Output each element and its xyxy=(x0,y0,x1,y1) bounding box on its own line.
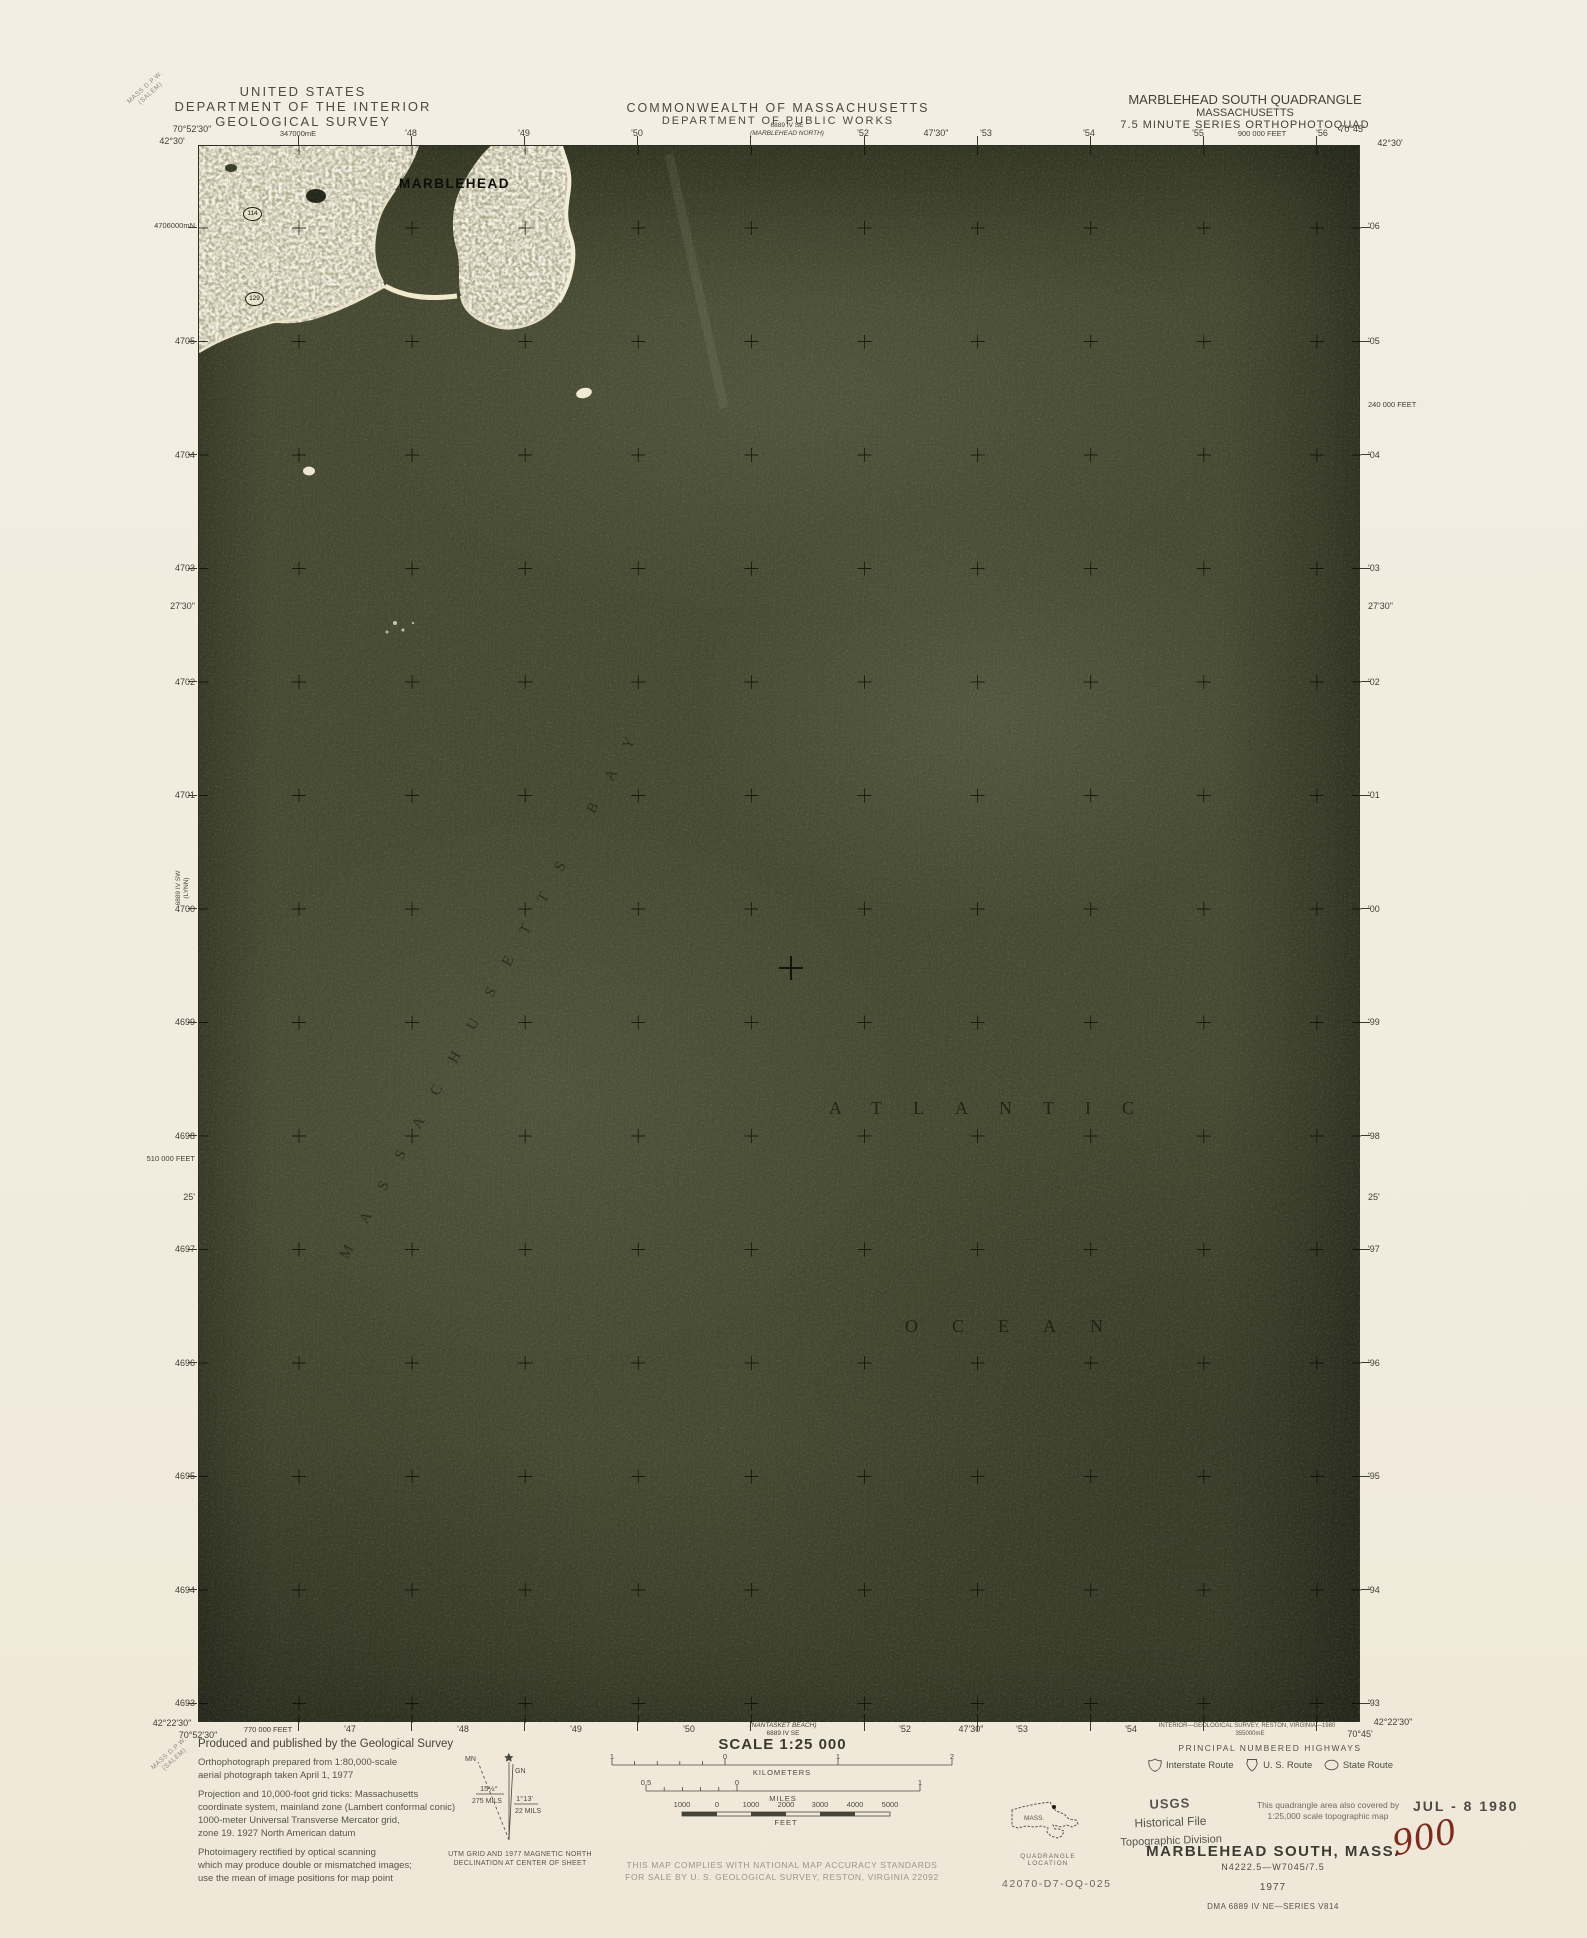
state-route-label: State Route xyxy=(1343,1760,1393,1771)
scale-bar-label: 1 xyxy=(610,1752,614,1761)
quad-location-dot xyxy=(1052,1805,1056,1809)
grid-tick xyxy=(188,795,197,796)
scale-bar-label: 1 xyxy=(918,1778,922,1787)
grid-tick xyxy=(750,136,751,145)
grid-tick xyxy=(188,908,197,909)
grid-edge-label: '54 xyxy=(1125,1724,1137,1734)
svg-text:1°13': 1°13' xyxy=(516,1794,534,1803)
scale-bar-label: 1000 xyxy=(743,1800,760,1809)
grid-tick xyxy=(1090,1722,1091,1731)
grid-tick xyxy=(1316,136,1317,145)
accuracy-note-1: THIS MAP COMPLIES WITH NATIONAL MAP ACCU… xyxy=(582,1860,982,1870)
grid-tick xyxy=(188,1476,197,1477)
grid-edge-label: '49 xyxy=(570,1724,582,1734)
grid-edge-label: 27'30" xyxy=(170,601,195,611)
grid-edge-label: '53 xyxy=(1016,1724,1028,1734)
grid-edge-label: (NANTASKET BEACH) xyxy=(749,1722,816,1729)
grid-tick xyxy=(637,136,638,145)
grid-tick xyxy=(298,1722,299,1731)
highways-legend: Interstate Route U. S. Route State Route xyxy=(1148,1758,1393,1772)
city-label: MARBLEHEAD xyxy=(399,176,510,191)
grid-edge-label: 355000mE xyxy=(1235,1731,1264,1737)
header-quadrangle: MARBLEHEAD SOUTH QUADRANGLE MASSACHUSETT… xyxy=(1045,92,1445,131)
grid-edge-label: '56 xyxy=(1316,128,1328,138)
highways-title: PRINCIPAL NUMBERED HIGHWAYS xyxy=(1155,1743,1385,1753)
grid-tick xyxy=(1361,1249,1370,1250)
svg-text:15½°: 15½° xyxy=(480,1784,498,1793)
grid-tick xyxy=(977,136,978,145)
grid-edge-label: '52 xyxy=(899,1724,911,1734)
grid-edge-label: 4704 xyxy=(175,450,195,460)
grid-edge-label: '50 xyxy=(683,1724,695,1734)
orthophoto-map: MARBLEHEAD MASSACHUSETTS BAY ATLANTIC OC… xyxy=(198,145,1360,1722)
sheet-coordinates: N4222.5—W7045/7.5 xyxy=(1128,1862,1418,1872)
covered-note: This quadrangle area also covered by 1:2… xyxy=(1248,1800,1408,1822)
sheet-title-block: MARBLEHEAD SOUTH, MASS. N4222.5—W7045/7.… xyxy=(1128,1843,1418,1911)
grid-edge-label: '00 xyxy=(1368,904,1380,914)
grid-tick xyxy=(1361,1476,1370,1477)
accuracy-note-2: FOR SALE BY U. S. GEOLOGICAL SURVEY, RES… xyxy=(582,1872,982,1882)
grid-edge-label: 6889 IV SE xyxy=(771,122,804,129)
declination-caption-1: UTM GRID AND 1977 MAGNETIC NORTH xyxy=(440,1850,600,1859)
declination-caption: UTM GRID AND 1977 MAGNETIC NORTH DECLINA… xyxy=(440,1850,600,1868)
grid-tick xyxy=(188,454,197,455)
grid-tick xyxy=(1090,136,1091,145)
route-badge-114: 114 xyxy=(243,207,262,221)
grid-edge-label: 900 000 FEET xyxy=(1238,129,1286,138)
grid-edge-label: 25' xyxy=(1368,1192,1380,1202)
grid-tick xyxy=(1361,908,1370,909)
map-artwork xyxy=(199,146,1361,1723)
grid-tick xyxy=(1316,1722,1317,1731)
grid-tick xyxy=(1361,1135,1370,1136)
grid-tick xyxy=(188,1589,197,1590)
covered-note-line2: 1:25,000 scale topographic map xyxy=(1248,1811,1408,1822)
grid-tick xyxy=(1361,795,1370,796)
grid-edge-label: '06 xyxy=(1368,221,1380,231)
grid-edge-label: INTERIOR—GEOLOGICAL SURVEY, RESTON, VIRG… xyxy=(1159,1723,1336,1729)
route-badge-129: 129 xyxy=(245,292,264,306)
grid-edge-label: '47 xyxy=(344,1724,356,1734)
atlantic-label: ATLANTIC xyxy=(829,1098,1165,1119)
grid-edge-label: 510 000 FEET xyxy=(147,1154,195,1163)
grid-edge-label: 42°30' xyxy=(159,136,184,146)
grid-edge-label: 47'30" xyxy=(959,1724,984,1734)
grid-north-label: GN xyxy=(515,1768,526,1775)
grid-tick xyxy=(864,136,865,145)
grid-edge-label: 240 000 FEET xyxy=(1368,400,1416,409)
scale-bar-label: 0 xyxy=(735,1778,739,1787)
grid-tick xyxy=(637,1722,638,1731)
date-stamp: JUL - 8 1980 xyxy=(1413,1798,1518,1814)
scale-bar-label: 0 xyxy=(715,1800,719,1809)
header-us: UNITED STATES xyxy=(120,84,486,99)
grid-tick xyxy=(1361,1589,1370,1590)
grid-edge-label: 6889 IV SE xyxy=(767,1730,800,1737)
quadrangle-location-caption: QUADRANGLE LOCATION xyxy=(1006,1853,1090,1867)
quadrangle-location: MASS. QUADRANGLE LOCATION xyxy=(1006,1796,1090,1867)
grid-tick xyxy=(188,1703,197,1704)
grid-tick xyxy=(188,227,197,228)
declination-diagram: GN MN 15½° 275 MILS 1°13' 22 MILS xyxy=(452,1748,582,1848)
grid-tick xyxy=(188,1249,197,1250)
grid-edge-label: 27'30" xyxy=(1368,601,1393,611)
sheet-year: 1977 xyxy=(1128,1882,1418,1893)
grid-tick xyxy=(1361,227,1370,228)
interstate-label: Interstate Route xyxy=(1166,1760,1234,1771)
grid-edge-label: '98 xyxy=(1368,1131,1380,1141)
grid-tick xyxy=(750,1722,751,1731)
grid-tick xyxy=(524,136,525,145)
scale-bar-label: 2 xyxy=(950,1752,954,1761)
grid-edge-label: 4706000mN xyxy=(154,221,195,230)
grid-tick xyxy=(1361,1022,1370,1023)
grid-tick xyxy=(1361,341,1370,342)
us-route-label: U. S. Route xyxy=(1263,1760,1312,1771)
grid-tick xyxy=(188,1022,197,1023)
grid-edge-label: 70°45' xyxy=(1347,1729,1372,1739)
scale-bar-label: 5000 xyxy=(882,1800,899,1809)
svg-text:275 MILS: 275 MILS xyxy=(472,1798,502,1805)
scale-bar-label: 0.5 xyxy=(641,1778,651,1787)
grid-edge-label: 770 000 FEET xyxy=(244,1725,292,1734)
grid-edge-label: 4694 xyxy=(175,1585,195,1595)
grid-edge-label: 70°52'30" xyxy=(173,124,212,134)
grid-edge-label: 25' xyxy=(183,1192,195,1202)
quad-title: MARBLEHEAD SOUTH QUADRANGLE xyxy=(1045,92,1445,107)
grid-edge-label: 42°30' xyxy=(1377,138,1402,148)
scale-bar-label: 1000 xyxy=(674,1800,691,1809)
declination-art: GN MN 15½° 275 MILS 1°13' 22 MILS xyxy=(452,1748,582,1848)
scale-title: SCALE 1:25 000 xyxy=(690,1736,875,1753)
header-mass: COMMONWEALTH OF MASSACHUSETTS xyxy=(578,101,978,115)
grid-tick xyxy=(977,1722,978,1731)
grid-edge-label: 42°22'30" xyxy=(153,1718,192,1728)
grid-edge-label: 4700 xyxy=(175,904,195,914)
interstate-shield-icon xyxy=(1148,1758,1162,1772)
sheet-title: MARBLEHEAD SOUTH, MASS. xyxy=(1128,1843,1418,1860)
declination-caption-2: DECLINATION AT CENTER OF SHEET xyxy=(440,1859,600,1868)
corner-stamp-bottom: MASS D.P.W. (SALEM) xyxy=(150,1736,194,1778)
header-agency: UNITED STATES DEPARTMENT OF THE INTERIOR… xyxy=(120,84,486,129)
photo-grain xyxy=(199,146,1361,1723)
us-route-shield-icon xyxy=(1245,1758,1259,1772)
legend-us-route: U. S. Route xyxy=(1245,1758,1312,1772)
grid-edge-label: 42°22'30" xyxy=(1374,1717,1413,1727)
header-doi: DEPARTMENT OF THE INTERIOR xyxy=(120,99,486,114)
scale-bar-label: 4000 xyxy=(847,1800,864,1809)
grid-tick xyxy=(1361,568,1370,569)
grid-tick xyxy=(411,1722,412,1731)
miles-caption: MILES xyxy=(769,1794,797,1803)
grid-tick xyxy=(1361,454,1370,455)
note-line: use the mean of image positions for map … xyxy=(198,1872,528,1885)
grid-tick xyxy=(188,341,197,342)
grid-tick xyxy=(298,136,299,145)
scale-bar-label: 3000 xyxy=(812,1800,829,1809)
true-north-star xyxy=(504,1753,513,1762)
grid-edge-label: '48 xyxy=(457,1724,469,1734)
svg-text:MASS.: MASS. xyxy=(1024,1815,1044,1822)
scale-bar-label: 0 xyxy=(723,1752,727,1761)
grid-edge-label: 70°52'30" xyxy=(179,1730,218,1740)
grid-edge-label: 4696 xyxy=(175,1358,195,1368)
scale-bar-label: 1 xyxy=(836,1752,840,1761)
grid-tick xyxy=(864,1722,865,1731)
grid-tick xyxy=(1203,136,1204,145)
grid-edge-label: '04 xyxy=(1368,450,1380,460)
grid-tick xyxy=(188,1135,197,1136)
grid-edge-label: 4702 xyxy=(175,677,195,687)
legend-state-route: State Route xyxy=(1324,1758,1393,1772)
grid-tick xyxy=(524,1722,525,1731)
grid-tick xyxy=(188,568,197,569)
scale-bars: 10120.5011000010002000300040005000 KILOM… xyxy=(590,1752,990,1832)
massachusetts-outline-icon: MASS. xyxy=(1006,1796,1090,1848)
feet-bar xyxy=(682,1812,890,1816)
grid-edge-label: '96 xyxy=(1368,1358,1380,1368)
grid-edge-label: '53 xyxy=(980,128,992,138)
grid-tick xyxy=(411,136,412,145)
ocean-label: OCEAN xyxy=(905,1316,1137,1337)
legend-interstate: Interstate Route xyxy=(1148,1758,1234,1772)
grid-edge-label: 47'30" xyxy=(924,128,949,138)
grid-edge-label: '02 xyxy=(1368,677,1380,687)
grid-tick xyxy=(1361,1703,1370,1704)
grid-edge-label: 70°45' xyxy=(1339,124,1364,134)
grid-tick xyxy=(188,1362,197,1363)
sheet-dma-series: DMA 6889 IV NE—SERIES V814 xyxy=(1128,1902,1418,1911)
svg-text:22 MILS: 22 MILS xyxy=(515,1808,541,1815)
feet-caption: FEET xyxy=(774,1818,797,1827)
km-caption: KILOMETERS xyxy=(753,1768,811,1777)
grid-tick xyxy=(1203,1722,1204,1731)
map-sheet: UNITED STATES DEPARTMENT OF THE INTERIOR… xyxy=(0,0,1587,1938)
grid-tick xyxy=(1361,1362,1370,1363)
grid-edge-label: 4698 xyxy=(175,1131,195,1141)
grid-edge-label: '94 xyxy=(1368,1585,1380,1595)
grid-tick xyxy=(188,681,197,682)
quad-state: MASSACHUSETTS xyxy=(1045,107,1445,119)
photo-id: 42070-D7-OQ-025 xyxy=(1002,1878,1111,1890)
state-route-ellipse-icon xyxy=(1324,1759,1339,1771)
covered-note-line1: This quadrangle area also covered by xyxy=(1248,1800,1408,1811)
grid-tick xyxy=(1361,681,1370,682)
grid-edge-label: (MARBLEHEAD NORTH) xyxy=(750,130,824,137)
magnetic-north-label: MN xyxy=(465,1756,476,1763)
